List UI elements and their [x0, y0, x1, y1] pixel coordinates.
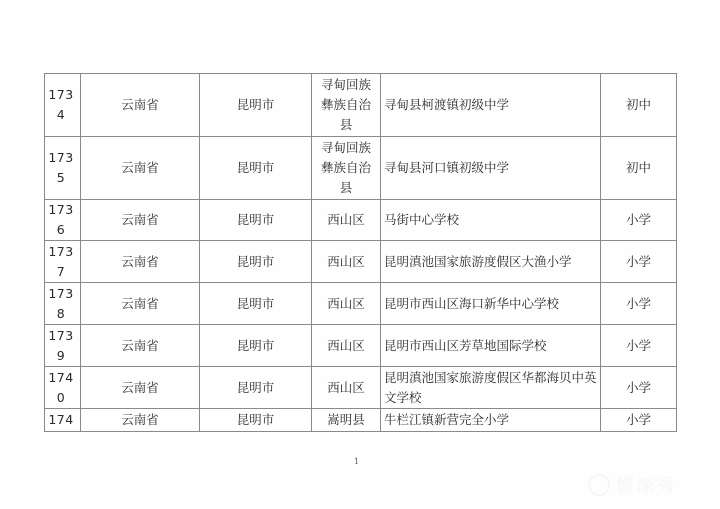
school-level-cell: 小学 [601, 283, 677, 325]
school-name-cell: 昆明滇池国家旅游度假区华都海贝中英文学校 [381, 367, 601, 409]
county-cell: 嵩明县 [312, 409, 381, 432]
table-row: 1735 云南省 昆明市 寻甸回族彝族自治县 寻甸县河口镇初级中学 初中 [45, 137, 677, 200]
row-number-cell: 1739 [45, 325, 81, 367]
city-cell: 昆明市 [200, 241, 312, 283]
province-cell: 云南省 [81, 409, 200, 432]
province-cell: 云南省 [81, 137, 200, 200]
county-cell: 西山区 [312, 200, 381, 241]
school-level-cell: 小学 [601, 367, 677, 409]
row-number-cell: 1737 [45, 241, 81, 283]
school-name-cell: 寻甸县柯渡镇初级中学 [381, 74, 601, 137]
page-number: 1 [354, 457, 359, 466]
row-number-cell: 1740 [45, 367, 81, 409]
school-name-cell: 马街中心学校 [381, 200, 601, 241]
school-level-cell: 小学 [601, 241, 677, 283]
county-cell: 寻甸回族彝族自治县 [312, 137, 381, 200]
county-cell: 西山区 [312, 283, 381, 325]
row-number-cell: 174 [45, 409, 81, 432]
table-row: 1737 云南省 昆明市 西山区 昆明滇池国家旅游度假区大渔小学 小学 [45, 241, 677, 283]
county-cell: 寻甸回族彝族自治县 [312, 74, 381, 137]
school-name-cell: 牛栏江镇新营完全小学 [381, 409, 601, 432]
table-row: 1738 云南省 昆明市 西山区 昆明市西山区海口新华中心学校 小学 [45, 283, 677, 325]
table-row: 1739 云南省 昆明市 西山区 昆明市西山区芳草地国际学校 小学 [45, 325, 677, 367]
table-row: 1734 云南省 昆明市 寻甸回族彝族自治县 寻甸县柯渡镇初级中学 初中 [45, 74, 677, 137]
school-name-cell: 昆明市西山区芳草地国际学校 [381, 325, 601, 367]
row-number-cell: 1738 [45, 283, 81, 325]
city-cell: 昆明市 [200, 200, 312, 241]
school-name-cell: 寻甸县河口镇初级中学 [381, 137, 601, 200]
school-level-cell: 初中 [601, 74, 677, 137]
school-level-cell: 小学 [601, 409, 677, 432]
city-cell: 昆明市 [200, 74, 312, 137]
county-cell: 西山区 [312, 241, 381, 283]
school-level-cell: 初中 [601, 137, 677, 200]
province-cell: 云南省 [81, 325, 200, 367]
school-level-cell: 小学 [601, 325, 677, 367]
city-cell: 昆明市 [200, 367, 312, 409]
circle-logo-icon [588, 474, 610, 496]
watermark-text: 懂深秀 [616, 472, 676, 498]
table-row: 174 云南省 昆明市 嵩明县 牛栏江镇新营完全小学 小学 [45, 409, 677, 432]
school-level-cell: 小学 [601, 200, 677, 241]
city-cell: 昆明市 [200, 409, 312, 432]
document-page: 1734 云南省 昆明市 寻甸回族彝族自治县 寻甸县柯渡镇初级中学 初中 173… [0, 0, 720, 509]
province-cell: 云南省 [81, 200, 200, 241]
county-cell: 西山区 [312, 367, 381, 409]
row-number-cell: 1734 [45, 74, 81, 137]
watermark: 懂深秀 [588, 470, 708, 500]
province-cell: 云南省 [81, 241, 200, 283]
row-number-cell: 1736 [45, 200, 81, 241]
city-cell: 昆明市 [200, 325, 312, 367]
school-name-cell: 昆明滇池国家旅游度假区大渔小学 [381, 241, 601, 283]
row-number-cell: 1735 [45, 137, 81, 200]
school-name-cell: 昆明市西山区海口新华中心学校 [381, 283, 601, 325]
table-row: 1740 云南省 昆明市 西山区 昆明滇池国家旅游度假区华都海贝中英文学校 小学 [45, 367, 677, 409]
school-list-table: 1734 云南省 昆明市 寻甸回族彝族自治县 寻甸县柯渡镇初级中学 初中 173… [44, 73, 677, 432]
county-cell: 西山区 [312, 325, 381, 367]
province-cell: 云南省 [81, 367, 200, 409]
city-cell: 昆明市 [200, 283, 312, 325]
province-cell: 云南省 [81, 283, 200, 325]
city-cell: 昆明市 [200, 137, 312, 200]
province-cell: 云南省 [81, 74, 200, 137]
table-row: 1736 云南省 昆明市 西山区 马街中心学校 小学 [45, 200, 677, 241]
